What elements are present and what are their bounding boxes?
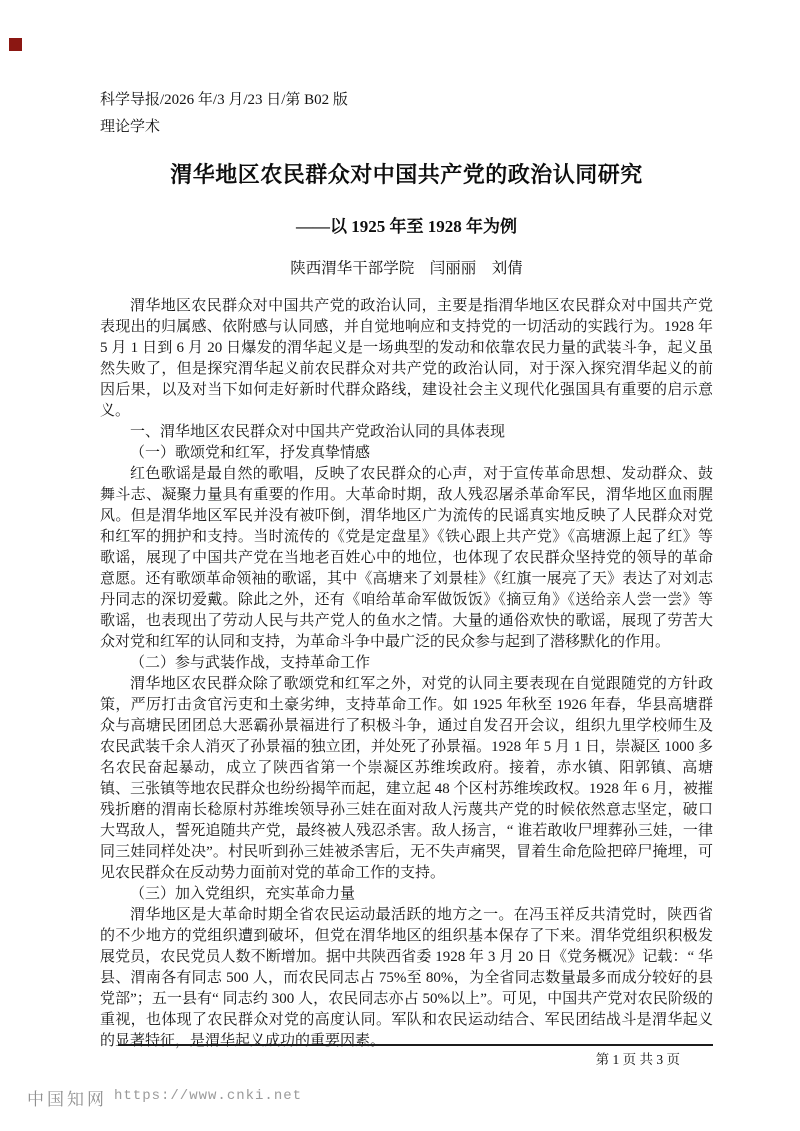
article-body: 渭华地区农民群众对中国共产党的政治认同，主要是指渭华地区农民群众对中国共产党表现… bbox=[100, 296, 713, 1052]
section-heading: 一、渭华地区农民群众对中国共产党政治认同的具体表现 bbox=[100, 422, 713, 443]
footer-divider bbox=[118, 1044, 713, 1046]
body-paragraph: 渭华地区是大革命时期全省农民运动最活跃的地方之一。在冯玉祥反共清党时，陕西省的不… bbox=[100, 905, 713, 1052]
article-authors: 陕西渭华干部学院 闫丽丽 刘倩 bbox=[100, 256, 713, 278]
document-page: 科学导报/2026 年/3 月/23 日/第 B02 版 理论学术 渭华地区农民… bbox=[0, 0, 800, 1131]
section-heading: （一）歌颂党和红军，抒发真挚情感 bbox=[100, 443, 713, 464]
page-number: 第 1 页 共 3 页 bbox=[100, 1048, 680, 1068]
article-subtitle: ——以 1925 年至 1928 年为例 bbox=[100, 212, 713, 237]
publication-section-line: 理论学术 bbox=[100, 114, 348, 141]
article-title: 渭华地区农民群众对中国共产党的政治认同研究 bbox=[100, 158, 713, 189]
section-heading: （二）参与武装作战，支持革命工作 bbox=[100, 653, 713, 674]
body-paragraph: 渭华地区农民群众对中国共产党的政治认同，主要是指渭华地区农民群众对中国共产党表现… bbox=[100, 296, 713, 422]
cnki-watermark-brand: 中国知网 bbox=[27, 1085, 107, 1110]
corner-red-marker bbox=[9, 38, 22, 51]
publication-source-line: 科学导报/2026 年/3 月/23 日/第 B02 版 bbox=[100, 87, 348, 114]
section-heading: （三）加入党组织，充实革命力量 bbox=[100, 884, 713, 905]
body-paragraph: 渭华地区农民群众除了歌颂党和红军之外，对党的认同主要表现在自觉跟随党的方针政策，… bbox=[100, 674, 713, 884]
publication-header: 科学导报/2026 年/3 月/23 日/第 B02 版 理论学术 bbox=[100, 87, 348, 141]
cnki-watermark-url: https://www.cnki.net bbox=[114, 1088, 302, 1104]
body-paragraph: 红色歌谣是最自然的歌唱，反映了农民群众的心声，对于宣传革命思想、发动群众、鼓舞斗… bbox=[100, 464, 713, 653]
